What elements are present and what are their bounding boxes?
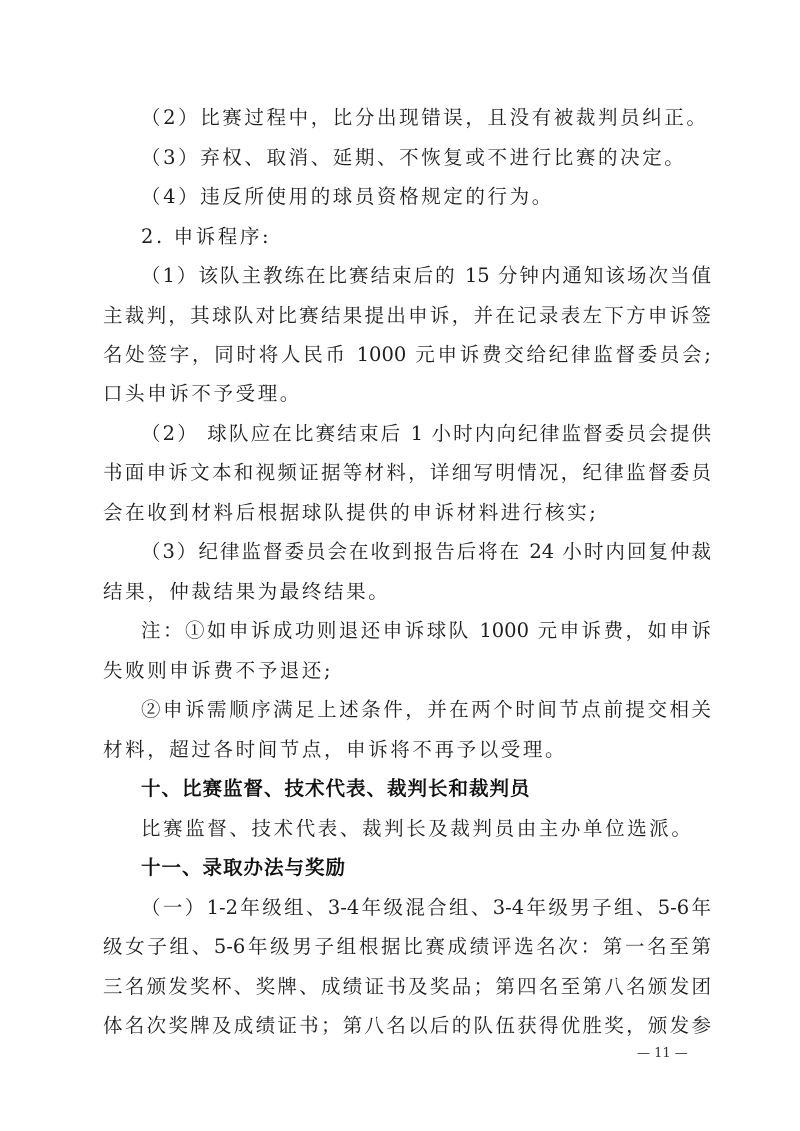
- section-10-body: 比赛监督、技术代表、裁判长及裁判员由主办单位选派。: [141, 817, 711, 841]
- note-line: 材料，超过各时间节点，申诉将不再予以受理。: [103, 738, 711, 762]
- note-line: 注：①如申诉成功则退还申诉球队 1000 元申诉费，如申诉: [141, 619, 711, 643]
- paragraph-line: （一）1-2年级组、3-4年级混合组、3-4年级男子组、5-6年: [141, 896, 711, 920]
- section-heading-11: 十一、录取办法与奖励: [141, 856, 711, 880]
- paragraph-line: （1）该队主教练在比赛结束后的 15 分钟内通知该场次当值: [141, 264, 711, 288]
- paragraph-line: （2）比赛过程中，比分出现错误，且没有被裁判员纠正。: [141, 106, 711, 130]
- paragraph-line: （4）违反所使用的球员资格规定的行为。: [141, 185, 711, 209]
- paragraph-line: 三名颁发奖杯、奖牌、成绩证书及奖品；第四名至第八名颁发团: [103, 975, 711, 999]
- paragraph-line: 名处签字，同时将人民币 1000 元申诉费交给纪律监督委员会;: [103, 343, 711, 367]
- section-heading-10: 十、比赛监督、技术代表、裁判长和裁判员: [141, 777, 711, 801]
- paragraph-line: （3）弃权、取消、延期、不恢复或不进行比赛的决定。: [141, 146, 711, 170]
- paragraph-line: 结果，仲裁结果为最终结果。: [103, 580, 711, 604]
- paragraph-line: 级女子组、5-6年级男子组根据比赛成绩评选名次：第一名至第: [103, 935, 711, 959]
- paragraph-line: （2） 球队应在比赛结束后 1 小时内向纪律监督委员会提供: [141, 422, 711, 446]
- paragraph-line: 体名次奖牌及成绩证书；第八名以后的队伍获得优胜奖，颁发参: [103, 1014, 711, 1038]
- page-number: — 11 —: [637, 1046, 688, 1062]
- paragraph-line: （3）纪律监督委员会在收到报告后将在 24 小时内回复仲裁: [141, 540, 711, 564]
- paragraph-line: 会在收到材料后根据球队提供的申诉材料进行核实;: [103, 501, 711, 525]
- subheading-appeal-procedure: 2. 申诉程序:: [141, 225, 711, 249]
- paragraph-line: 口头申诉不予受理。: [103, 382, 711, 406]
- document-page: （2）比赛过程中，比分出现错误，且没有被裁判员纠正。 （3）弃权、取消、延期、不…: [0, 0, 800, 1131]
- note-line: ②申诉需顺序满足上述条件，并在两个时间节点前提交相关: [141, 698, 711, 722]
- paragraph-line: 主裁判，其球队对比赛结果提出申诉，并在记录表左下方申诉签: [103, 304, 711, 328]
- paragraph-line: 书面申诉文本和视频证据等材料，详细写明情况，纪律监督委员: [103, 461, 711, 485]
- note-line: 失败则申诉费不予退还;: [103, 659, 711, 683]
